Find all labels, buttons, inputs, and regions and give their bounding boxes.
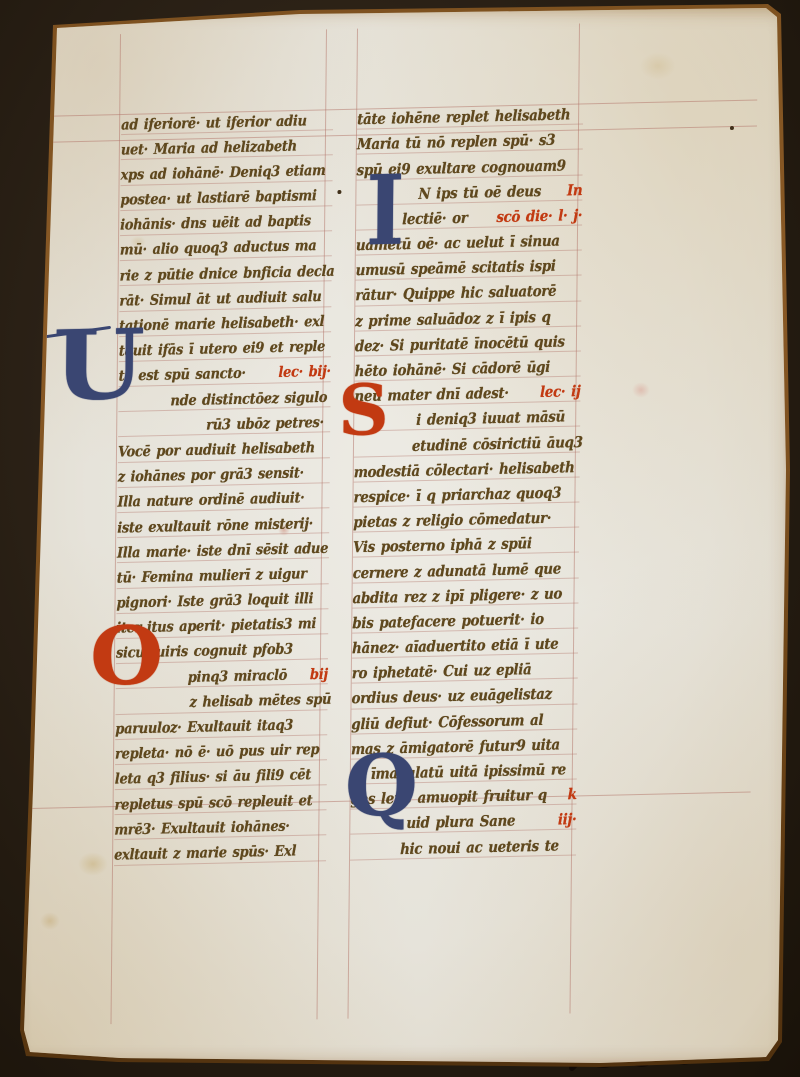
script-text: Maria tū nō replen spū· s3 [357,133,556,153]
script-text: rātur· Quippe hic saluatorē [355,284,556,304]
script-text: paruuloz· Exultauit itaq3 [115,718,293,737]
script-text: respice· ī q priarchaz quoq3 [353,485,561,506]
photo-mat: ad iferiorē· ut iferior adiuuet· Maria a… [0,0,800,1077]
script-text: dez· Si puritatē īnocētū quis [355,334,565,355]
script-text: rāt· Simul āt ut audiuit salu [119,290,321,310]
rubric-text: lec· bij· [278,365,330,381]
rubric-text: In [567,182,583,198]
script-text: mrē3· Exultauit iohānes· [114,819,289,838]
script-text: i deniq3 iuuat māsū [416,409,565,428]
manuscript-leaf: ad iferiorē· ut iferior adiuuet· Maria a… [0,0,800,1077]
ink-dot [337,190,341,194]
script-text: Vocē por audiuit helisabeth [118,441,315,461]
script-text: cernere z adunatā lumē que [353,561,561,582]
script-text: lectiē· or [402,210,468,227]
script-text: repletus spū scō repleuit et [115,793,313,813]
drop-cap-q: Q [344,749,418,822]
ink-dot [730,126,734,130]
script-text: z iohānes por grā3 sensit· [118,466,304,486]
script-text: modestiā cōlectari· helisabeth [354,460,575,481]
rubric-text: iij· [558,812,577,828]
script-text: uet· Maria ad helizabeth [121,139,297,158]
script-text: ad iferiorē· ut iferior adiu [121,114,307,134]
drop-cap-o: O [90,621,164,691]
script-text: bis patefacere potuerit· io [352,611,544,631]
script-text: pietas z religio cōmedatur· [353,511,551,531]
text-line: exltauit z marie spūs· Exl [114,836,326,866]
script-text: z prime saluādoz z ī ipis q [355,309,551,329]
script-text: z helisab mētes spū [189,692,331,711]
script-text: exltauit z marie spūs· Exl [114,844,296,863]
script-text: N ips tū oē deus [418,183,541,202]
script-text: Vis posterno iphā z spūi [353,536,532,556]
script-text: Illa nature ordinē audiuit· [117,491,304,511]
script-text: postea· ut lastiarē baptismi [120,189,316,209]
rubric-text: lec· ij [540,384,581,401]
script-text: ordius deus· uz euāgelistaz [351,687,551,707]
script-text: nde distinctōez sigulo [170,390,327,409]
script-text: gliū defiut· Cōfessorum al [351,712,543,732]
script-text: mū· alio quoq3 aductus ma [120,239,317,259]
script-text: ro iphetatē· Cui uz epliā [352,662,532,682]
script-text: iohānis· dns uēit ad baptis [120,214,311,234]
script-text: hic noui ac ueteris te [400,838,559,857]
script-text: uid plura Sane [406,814,515,832]
drop-cap-i: I [366,170,405,252]
script-text: tū· Femina mulierī z uigur [117,567,307,587]
rubric-text: k [568,787,577,803]
ruling-and-script-layer: ad iferiorē· ut iferior adiuuet· Maria a… [28,19,758,1040]
script-text: pinq3 miraclō [188,668,287,686]
script-text: etudinē cōsirictiū āuq3 [412,434,583,454]
rubric-text: bij [310,667,328,683]
script-text: leta q3 filius· si āu fili9 cēt [115,768,311,788]
script-text: iste exultauit rōne misterij· [117,516,313,536]
drop-cap-u: U [52,323,145,407]
rubric-text: scō die· l· j· [496,208,582,226]
script-text: abdita rez z ipī pligere· z uo [352,586,562,607]
script-text: rū3 ubōz petres· [206,416,324,434]
drop-cap-s: S [338,380,389,441]
script-text: hānez· aīaduertito etiā ī ute [352,636,559,656]
